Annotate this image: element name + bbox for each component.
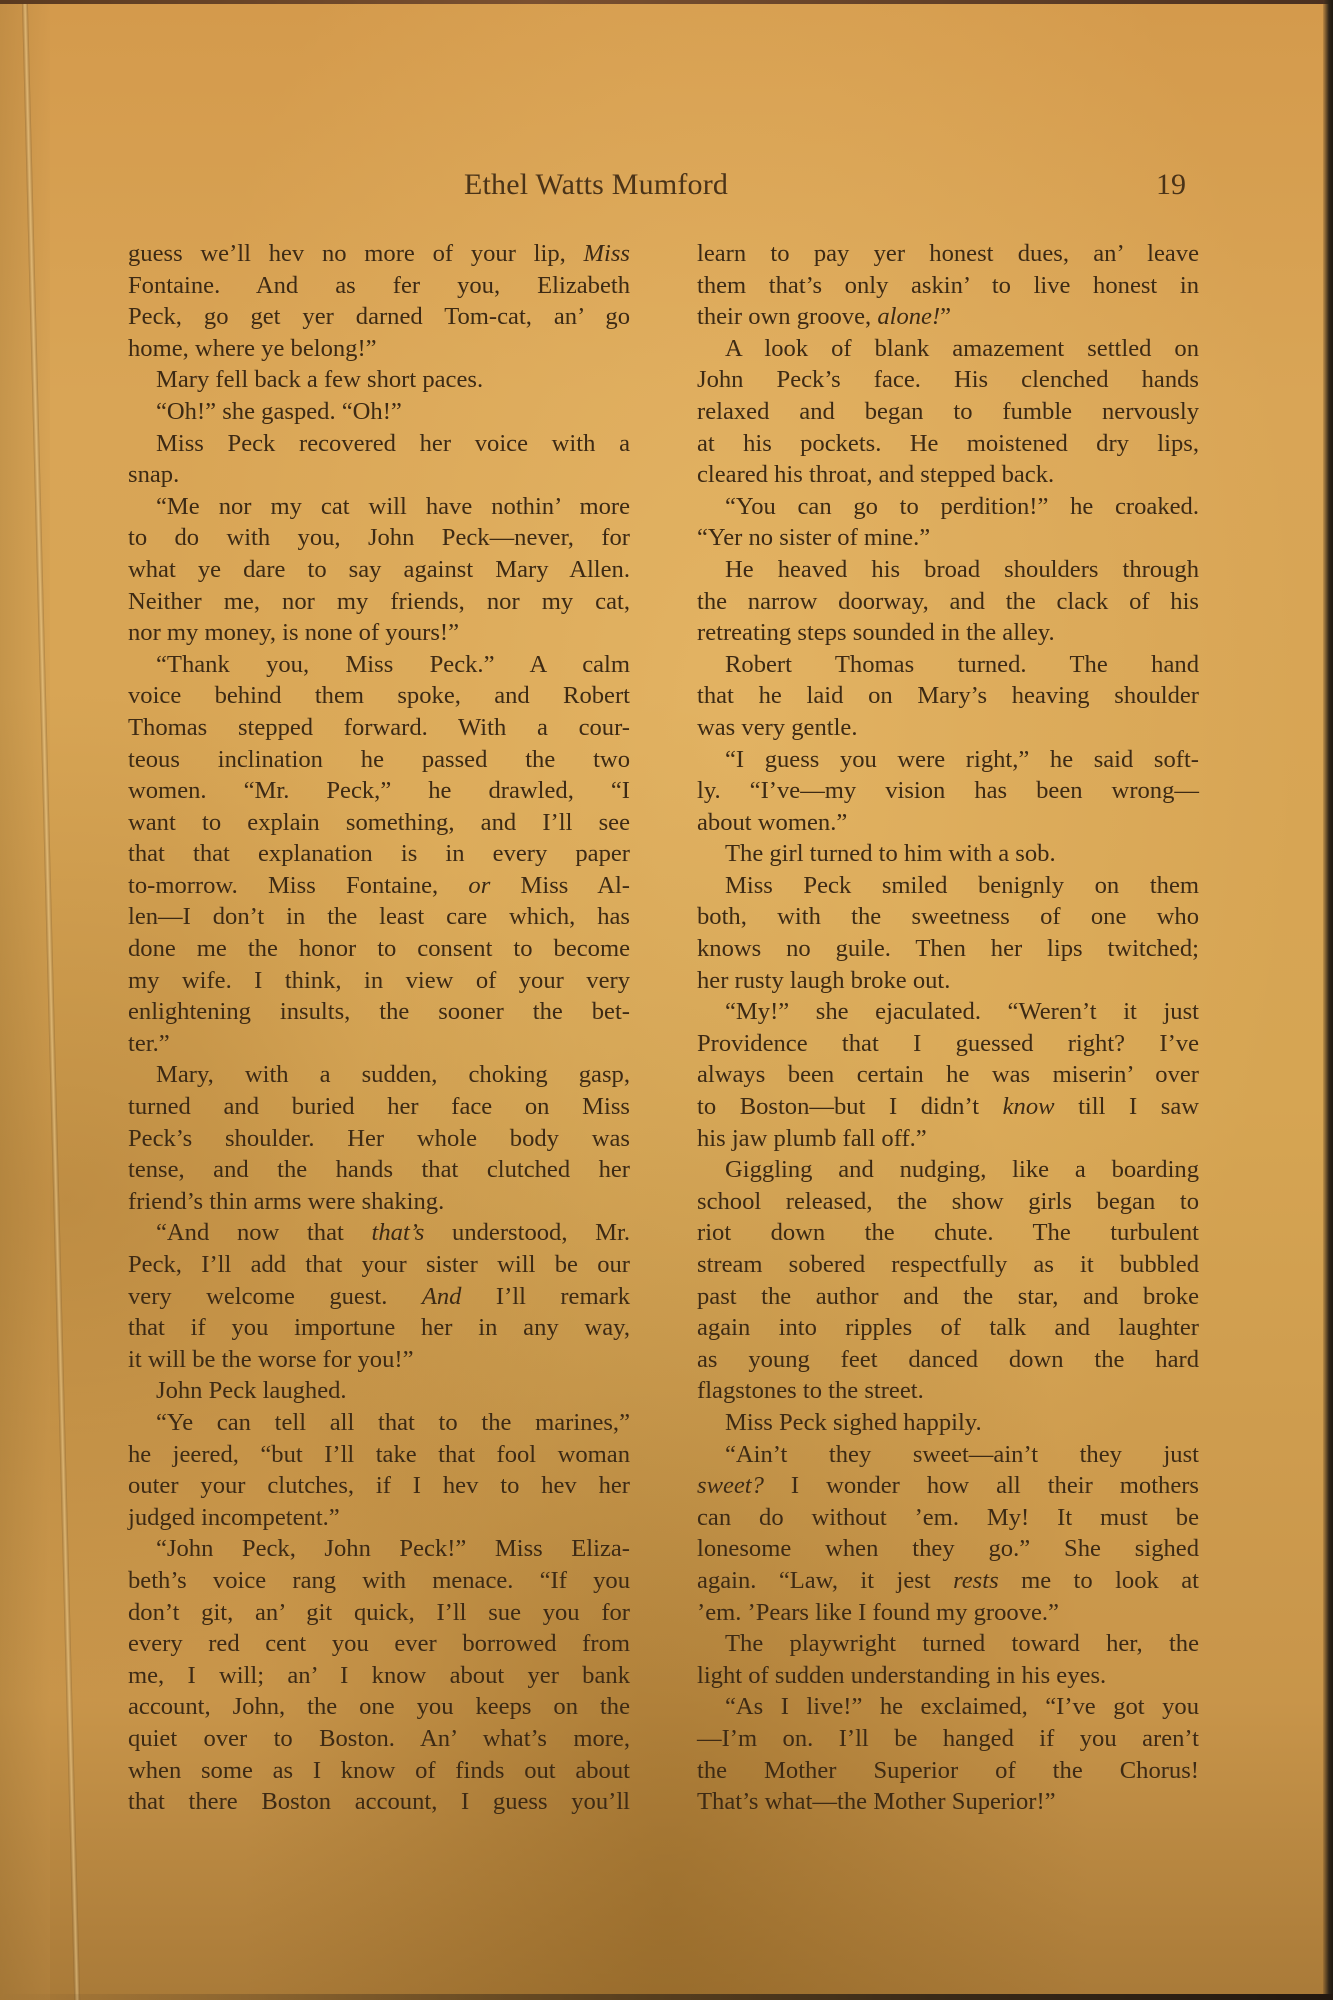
text-line: A look of blank amazement settled on: [667, 333, 1199, 365]
text-line: when some as I know of finds out about: [98, 1755, 630, 1787]
text-line: Mary, with a sudden, choking gasp,: [98, 1059, 630, 1091]
text-line: “Yer no sister of mine.”: [667, 522, 1199, 554]
paragraph: Giggling and nudging, like a boardingsch…: [667, 1154, 1199, 1407]
text-line: what ye dare to say against Mary Allen.: [98, 554, 630, 586]
text-line: was very gentle.: [667, 712, 1199, 744]
paragraph: John Peck laughed.: [98, 1375, 630, 1407]
text-line: “John Peck, John Peck!” Miss Eliza-: [98, 1533, 630, 1565]
text-line: Miss Peck recovered her voice with a: [98, 428, 630, 460]
text-line: quiet over to Boston. An’ what’s more,: [98, 1723, 630, 1755]
text-line: the narrow doorway, and the clack of his: [667, 586, 1199, 618]
text-line: “Oh!” she gasped. “Oh!”: [98, 396, 630, 428]
text-line: len—I don’t in the least care which, has: [98, 901, 630, 933]
paragraph: guess we’ll hev no more of your lip, Mis…: [98, 238, 630, 364]
text-line: “And now that that’s understood, Mr.: [98, 1217, 630, 1249]
text-line: that if you importune her in any way,: [98, 1312, 630, 1344]
text-line: Thomas stepped forward. With a cour-: [98, 712, 630, 744]
text-line: Peck, I’ll add that your sister will be …: [98, 1249, 630, 1281]
paragraph: “As I live!” he exclaimed, “I’ve got you…: [667, 1691, 1199, 1817]
text-line: about women.”: [667, 807, 1199, 839]
paragraph: Miss Peck smiled benignly on themboth, w…: [667, 870, 1199, 996]
text-line: Peck, go get yer darned Tom-cat, an’ go: [98, 301, 630, 333]
text-line: Providence that I guessed right? I’ve: [667, 1028, 1199, 1060]
text-column-left: guess we’ll hev no more of your lip, Mis…: [98, 238, 630, 1818]
text-line: “Me nor my cat will have nothin’ more: [98, 491, 630, 523]
page-right-edge: [1323, 0, 1333, 2000]
text-line: stream sobered respectfully as it bubble…: [667, 1249, 1199, 1281]
book-page: Ethel Watts Mumford 19 guess we’ll hev n…: [0, 0, 1333, 2000]
text-line: don’t git, an’ git quick, I’ll sue you f…: [98, 1597, 630, 1629]
text-line: at his pockets. He moistened dry lips,: [667, 428, 1199, 460]
text-line: school released, the show girls began to: [667, 1186, 1199, 1218]
paragraph: “Me nor my cat will have nothin’ moreto …: [98, 491, 630, 649]
paragraph: Miss Peck sighed happily.: [667, 1407, 1199, 1439]
text-line: that he laid on Mary’s heaving shoulder: [667, 680, 1199, 712]
paragraph: “Oh!” she gasped. “Oh!”: [98, 396, 630, 428]
text-line: The playwright turned toward her, the: [667, 1628, 1199, 1660]
text-line: can do without ’em. My! It must be: [667, 1502, 1199, 1534]
text-line: Peck’s shoulder. Her whole body was: [98, 1123, 630, 1155]
text-line: “As I live!” he exclaimed, “I’ve got you: [667, 1691, 1199, 1723]
text-line: John Peck’s face. His clenched hands: [667, 364, 1199, 396]
text-line: very welcome guest. And I’ll remark: [98, 1281, 630, 1313]
text-line: Giggling and nudging, like a boarding: [667, 1154, 1199, 1186]
text-line: retreating steps sounded in the alley.: [667, 617, 1199, 649]
text-line: knows no guile. Then her lips twitched;: [667, 933, 1199, 965]
text-line: account, John, the one you keeps on the: [98, 1691, 630, 1723]
paragraph: Mary fell back a few short paces.: [98, 364, 630, 396]
text-line: “My!” she ejaculated. “Weren’t it just: [667, 996, 1199, 1028]
paragraph: “John Peck, John Peck!” Miss Eliza-beth’…: [98, 1533, 630, 1817]
text-line: friend’s thin arms were shaking.: [98, 1186, 630, 1218]
text-line: he jeered, “but I’ll take that fool woma…: [98, 1439, 630, 1471]
text-line: lonesome when they go.” She sighed: [667, 1533, 1199, 1565]
running-title: Ethel Watts Mumford: [464, 168, 728, 202]
text-line: their own groove, alone!”: [667, 301, 1199, 333]
text-line: “Ye can tell all that to the marines,”: [98, 1407, 630, 1439]
text-line: John Peck laughed.: [98, 1375, 630, 1407]
text-line: always been certain he was miserin’ over: [667, 1059, 1199, 1091]
text-line: outer your clutches, if I hev to hev her: [98, 1470, 630, 1502]
text-line: tense, and the hands that clutched her: [98, 1154, 630, 1186]
text-line: —I’m on. I’ll be hanged if you aren’t: [667, 1723, 1199, 1755]
text-line: beth’s voice rang with menace. “If you: [98, 1565, 630, 1597]
text-line: light of sudden understanding in his eye…: [667, 1660, 1199, 1692]
text-line: ’em. ’Pears like I found my groove.”: [667, 1597, 1199, 1629]
paragraph: A look of blank amazement settled onJohn…: [667, 333, 1199, 491]
paragraph: “I guess you were right,” he said soft-l…: [667, 744, 1199, 839]
text-line: “I guess you were right,” he said soft-: [667, 744, 1199, 776]
text-line: He heaved his broad shoulders through: [667, 554, 1199, 586]
text-line: sweet? I wonder how all their mothers: [667, 1470, 1199, 1502]
text-line: learn to pay yer honest dues, an’ leave: [667, 238, 1199, 270]
text-line: to-morrow. Miss Fontaine, or Miss Al-: [98, 870, 630, 902]
text-line: that there Boston account, I guess you’l…: [98, 1786, 630, 1818]
text-line: teous inclination he passed the two: [98, 744, 630, 776]
text-line: “You can go to perdition!” he croaked.: [667, 491, 1199, 523]
paragraph: The playwright turned toward her, thelig…: [667, 1628, 1199, 1691]
text-line: Miss Peck smiled benignly on them: [667, 870, 1199, 902]
text-line: women. “Mr. Peck,” he drawled, “I: [98, 775, 630, 807]
text-line: That’s what—the Mother Superior!”: [667, 1786, 1199, 1818]
text-line: guess we’ll hev no more of your lip, Mis…: [98, 238, 630, 270]
text-line: enlightening insults, the sooner the bet…: [98, 996, 630, 1028]
text-line: relaxed and began to fumble nervously: [667, 396, 1199, 428]
paragraph: Mary, with a sudden, choking gasp,turned…: [98, 1059, 630, 1217]
text-line: Neither me, nor my friends, nor my cat,: [98, 586, 630, 618]
page-bottom-edge: [0, 1994, 1333, 2000]
text-line: Robert Thomas turned. The hand: [667, 649, 1199, 681]
text-line: flagstones to the street.: [667, 1375, 1199, 1407]
text-line: to do with you, John Peck—never, for: [98, 522, 630, 554]
text-line: Mary fell back a few short paces.: [98, 364, 630, 396]
facing-page-edge: [0, 0, 50, 2000]
paragraph: “Thank you, Miss Peck.” A calmvoice behi…: [98, 649, 630, 1060]
text-column-right: learn to pay yer honest dues, an’ leavet…: [667, 238, 1199, 1818]
text-line: them that’s only askin’ to live honest i…: [667, 270, 1199, 302]
paragraph: Robert Thomas turned. The handthat he la…: [667, 649, 1199, 744]
text-line: his jaw plumb fall off.”: [667, 1123, 1199, 1155]
text-line: “Thank you, Miss Peck.” A calm: [98, 649, 630, 681]
page-number: 19: [1156, 168, 1186, 202]
text-line: home, where ye belong!”: [98, 333, 630, 365]
paragraph: The girl turned to him with a sob.: [667, 838, 1199, 870]
page-top-edge: [0, 0, 1333, 4]
text-line: every red cent you ever borrowed from: [98, 1628, 630, 1660]
text-line: again. “Law, it jest rests me to look at: [667, 1565, 1199, 1597]
paragraph: learn to pay yer honest dues, an’ leavet…: [667, 238, 1199, 333]
text-line: my wife. I think, in view of your very: [98, 965, 630, 997]
text-line: again into ripples of talk and laughter: [667, 1312, 1199, 1344]
paragraph: He heaved his broad shoulders throughthe…: [667, 554, 1199, 649]
text-line: turned and buried her face on Miss: [98, 1091, 630, 1123]
text-line: both, with the sweetness of one who: [667, 901, 1199, 933]
text-line: past the author and the star, and broke: [667, 1281, 1199, 1313]
text-line: voice behind them spoke, and Robert: [98, 680, 630, 712]
text-line: judged incompetent.”: [98, 1502, 630, 1534]
text-line: Miss Peck sighed happily.: [667, 1407, 1199, 1439]
text-line: “Ain’t they sweet—ain’t they just: [667, 1439, 1199, 1471]
text-line: me, I will; an’ I know about yer bank: [98, 1660, 630, 1692]
paragraph: Miss Peck recovered her voice with asnap…: [98, 428, 630, 491]
text-line: riot down the chute. The turbulent: [667, 1217, 1199, 1249]
paragraph: “Ye can tell all that to the marines,”he…: [98, 1407, 630, 1533]
paragraph: “You can go to perdition!” he croaked.“Y…: [667, 491, 1199, 554]
text-line: snap.: [98, 459, 630, 491]
paragraph: “My!” she ejaculated. “Weren’t it justPr…: [667, 996, 1199, 1154]
text-line: ter.”: [98, 1028, 630, 1060]
text-line: to Boston—but I didn’t know till I saw: [667, 1091, 1199, 1123]
text-line: her rusty laugh broke out.: [667, 965, 1199, 997]
text-line: as young feet danced down the hard: [667, 1344, 1199, 1376]
text-line: cleared his throat, and stepped back.: [667, 459, 1199, 491]
text-line: it will be the worse for you!”: [98, 1344, 630, 1376]
text-line: The girl turned to him with a sob.: [667, 838, 1199, 870]
paragraph: “Ain’t they sweet—ain’t they justsweet? …: [667, 1439, 1199, 1629]
text-line: done me the honor to consent to become: [98, 933, 630, 965]
paragraph: “And now that that’s understood, Mr.Peck…: [98, 1217, 630, 1375]
text-line: the Mother Superior of the Chorus!: [667, 1755, 1199, 1787]
text-line: want to explain something, and I’ll see: [98, 807, 630, 839]
text-line: Fontaine. And as fer you, Elizabeth: [98, 270, 630, 302]
text-line: nor my money, is none of yours!”: [98, 617, 630, 649]
text-line: that that explanation is in every paper: [98, 838, 630, 870]
text-line: ly. “I’ve—my vision has been wrong—: [667, 775, 1199, 807]
